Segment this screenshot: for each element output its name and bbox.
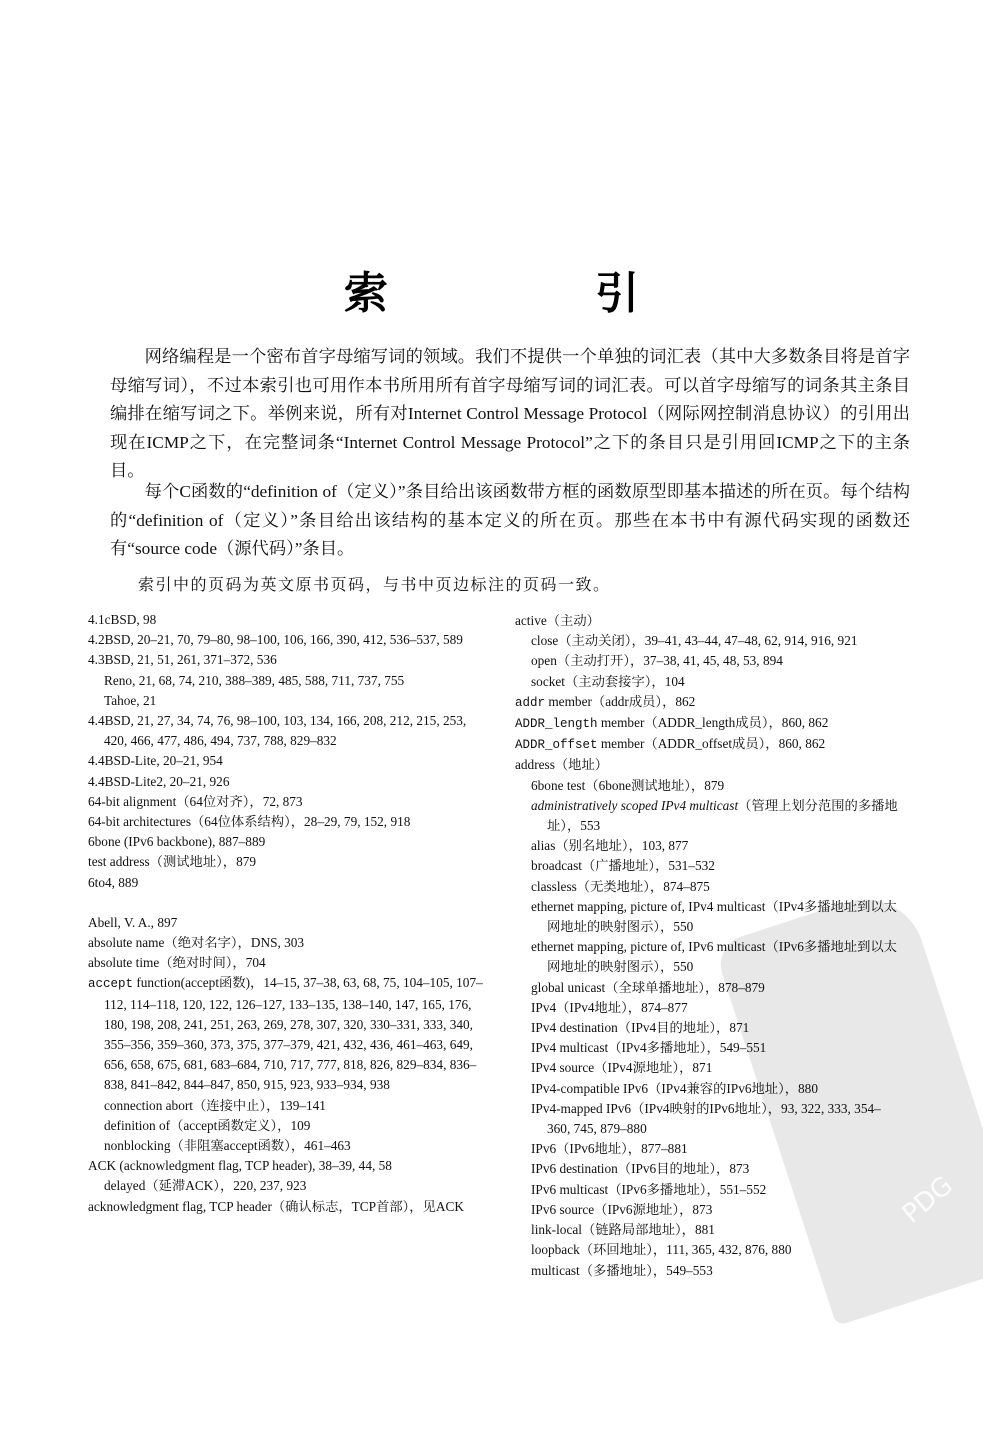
index-subentry: IPv4 source（IPv4源地址），871 xyxy=(515,1058,900,1078)
index-subentry: close（主动关闭），39–41, 43–44, 47–48, 62, 914… xyxy=(515,631,900,651)
entry-text: 64-bit architectures（64位体系结构），28–29, 79,… xyxy=(88,814,410,829)
index-subentry: open（主动打开），37–38, 41, 45, 48, 53, 894 xyxy=(515,651,900,671)
index-entry: test address（测试地址），879 xyxy=(88,852,483,872)
entry-text: acknowledgment flag, TCP header（确认标志，TCP… xyxy=(88,1199,464,1214)
index-subentry: link-local（链路局部地址），881 xyxy=(515,1220,900,1240)
entry-text: 4.4BSD, 21, 27, 34, 74, 76, 98–100, 103,… xyxy=(88,713,466,748)
entry-text: socket（主动套接字），104 xyxy=(531,674,685,689)
entry-text: loopback（环回地址），111, 365, 432, 876, 880 xyxy=(531,1242,792,1257)
index-subentry: connection abort（连接中止），139–141 xyxy=(88,1096,483,1116)
entry-text: 64-bit alignment（64位对齐），72, 873 xyxy=(88,794,303,809)
index-subentry: 6bone test（6bone测试地址），879 xyxy=(515,776,900,796)
code-term: ADDR_length xyxy=(515,717,598,731)
entry-text: delayed（延滞ACK），220, 237, 923 xyxy=(104,1178,306,1193)
index-entry: ADDR_length member（ADDR_length成员），860, 8… xyxy=(515,713,900,734)
entry-text: test address（测试地址），879 xyxy=(88,854,256,869)
entry-text: member（ADDR_length成员），860, 862 xyxy=(598,715,829,730)
entry-text: broadcast（广播地址），531–532 xyxy=(531,858,715,873)
page-number-note: 索引中的页码为英文原书页码，与书中页边标注的页码一致。 xyxy=(138,572,611,595)
entry-text: 6bone (IPv6 backbone), 887–889 xyxy=(88,834,265,849)
entry-text: Reno, 21, 68, 74, 210, 388–389, 485, 588… xyxy=(104,673,404,688)
index-entry: 4.4BSD-Lite2, 20–21, 926 xyxy=(88,772,483,792)
entry-text: IPv4-compatible IPv6（IPv4兼容的IPv6地址），880 xyxy=(531,1081,818,1096)
index-subentry: IPv4 multicast（IPv4多播地址），549–551 xyxy=(515,1038,900,1058)
entry-text: 4.3BSD, 21, 51, 261, 371–372, 536 xyxy=(88,652,277,667)
entry-text: ACK (acknowledgment flag, TCP header), 3… xyxy=(88,1158,392,1173)
index-subentry: socket（主动套接字），104 xyxy=(515,672,900,692)
index-subentry: delayed（延滞ACK），220, 237, 923 xyxy=(88,1176,483,1196)
index-subentry: global unicast（全球单播地址），878–879 xyxy=(515,978,900,998)
index-subentry: administratively scoped IPv4 multicast（管… xyxy=(515,796,900,836)
code-term: ADDR_offset xyxy=(515,738,598,752)
entry-text: classless（无类地址），874–875 xyxy=(531,879,710,894)
entry-text: 6bone test（6bone测试地址），879 xyxy=(531,778,724,793)
entry-text: open（主动打开），37–38, 41, 45, 48, 53, 894 xyxy=(531,653,783,668)
index-subentry: definition of（accept函数定义），109 xyxy=(88,1116,483,1136)
index-subentry: IPv4-mapped IPv6（IPv4映射的IPv6地址），93, 322,… xyxy=(515,1099,900,1139)
code-term: addr xyxy=(515,696,545,710)
entry-text: 4.4BSD-Lite, 20–21, 954 xyxy=(88,753,223,768)
index-column-left: 4.1cBSD, 984.2BSD, 20–21, 70, 79–80, 98–… xyxy=(88,610,483,1217)
index-subentry: broadcast（广播地址），531–532 xyxy=(515,856,900,876)
entry-text: multicast（多播地址），549–553 xyxy=(531,1263,713,1278)
italic-term: administratively scoped IPv4 multicast xyxy=(531,798,738,813)
index-subentry: ethernet mapping, picture of, IPv4 multi… xyxy=(515,897,900,937)
intro-text-2: 每个C函数的“definition of（定义）”条目给出该函数带方框的函数原型… xyxy=(110,478,910,564)
index-subentry: classless（无类地址），874–875 xyxy=(515,877,900,897)
index-entry: 6bone (IPv6 backbone), 887–889 xyxy=(88,832,483,852)
code-term: accept xyxy=(88,977,133,991)
entry-text: IPv6（IPv6地址），877–881 xyxy=(531,1141,688,1156)
index-entry: ADDR_offset member（ADDR_offset成员），860, 8… xyxy=(515,734,900,755)
index-subentry: loopback（环回地址），111, 365, 432, 876, 880 xyxy=(515,1240,900,1260)
page-title: 索 引 xyxy=(0,257,983,321)
entry-text: Abell, V. A., 897 xyxy=(88,915,177,930)
entry-text: address（地址） xyxy=(515,757,608,772)
index-subentry: ethernet mapping, picture of, IPv6 multi… xyxy=(515,937,900,977)
entry-text: member（addr成员），862 xyxy=(545,694,695,709)
index-entry: 4.3BSD, 21, 51, 261, 371–372, 536 xyxy=(88,650,483,670)
entry-text: definition of（accept函数定义），109 xyxy=(104,1118,310,1133)
index-entry: 4.4BSD, 21, 27, 34, 74, 76, 98–100, 103,… xyxy=(88,711,483,751)
index-entry: absolute name（绝对名字），DNS, 303 xyxy=(88,933,483,953)
entry-text: alias（别名地址），103, 877 xyxy=(531,838,688,853)
index-entry: address（地址） xyxy=(515,755,900,775)
index-entry: 4.4BSD-Lite, 20–21, 954 xyxy=(88,751,483,771)
entry-text: member（ADDR_offset成员），860, 862 xyxy=(598,736,826,751)
index-entry: addr member（addr成员），862 xyxy=(515,692,900,713)
entry-text: IPv6 source（IPv6源地址），873 xyxy=(531,1202,712,1217)
entry-text: link-local（链路局部地址），881 xyxy=(531,1222,715,1237)
entry-text: IPv6 destination（IPv6目的地址），873 xyxy=(531,1161,749,1176)
entry-text: IPv4 multicast（IPv4多播地址），549–551 xyxy=(531,1040,766,1055)
index-subentry: IPv6（IPv6地址），877–881 xyxy=(515,1139,900,1159)
entry-text: ethernet mapping, picture of, IPv4 multi… xyxy=(531,899,897,934)
entry-text: function(accept函数)，14–15, 37–38, 63, 68,… xyxy=(104,975,483,1092)
entry-text: 6to4, 889 xyxy=(88,875,138,890)
index-entry: absolute time（绝对时间），704 xyxy=(88,953,483,973)
intro-text-1: 网络编程是一个密布首字母缩写词的领域。我们不提供一个单独的词汇表（其中大多数条目… xyxy=(110,343,910,486)
index-entry: Abell, V. A., 897 xyxy=(88,913,483,933)
index-subentry: Reno, 21, 68, 74, 210, 388–389, 485, 588… xyxy=(88,671,483,691)
index-entry: active（主动） xyxy=(515,611,900,631)
entry-text: 4.2BSD, 20–21, 70, 79–80, 98–100, 106, 1… xyxy=(88,632,463,647)
index-entry: 4.2BSD, 20–21, 70, 79–80, 98–100, 106, 1… xyxy=(88,630,483,650)
entry-text: 4.4BSD-Lite2, 20–21, 926 xyxy=(88,774,229,789)
entry-text: IPv4 source（IPv4源地址），871 xyxy=(531,1060,712,1075)
entry-text: absolute name（绝对名字），DNS, 303 xyxy=(88,935,304,950)
entry-text: absolute time（绝对时间），704 xyxy=(88,955,266,970)
index-subentry: IPv4 destination（IPv4目的地址），871 xyxy=(515,1018,900,1038)
entry-text: 4.1cBSD, 98 xyxy=(88,612,156,627)
index-subentry: IPv4（IPv4地址），874–877 xyxy=(515,998,900,1018)
entry-text: ethernet mapping, picture of, IPv6 multi… xyxy=(531,939,897,974)
entry-text: active（主动） xyxy=(515,613,600,628)
index-column-right: active（主动）close（主动关闭），39–41, 43–44, 47–4… xyxy=(515,611,900,1281)
entry-text: IPv4-mapped IPv6（IPv4映射的IPv6地址），93, 322,… xyxy=(531,1101,881,1136)
intro-paragraph-2: 每个C函数的“definition of（定义）”条目给出该函数带方框的函数原型… xyxy=(110,478,910,564)
entry-text: global unicast（全球单播地址），878–879 xyxy=(531,980,765,995)
index-subentry: IPv6 multicast（IPv6多播地址），551–552 xyxy=(515,1180,900,1200)
entry-text: connection abort（连接中止），139–141 xyxy=(104,1098,326,1113)
entry-text: close（主动关闭），39–41, 43–44, 47–48, 62, 914… xyxy=(531,633,858,648)
index-subentry: Tahoe, 21 xyxy=(88,691,483,711)
entry-text: Tahoe, 21 xyxy=(104,693,156,708)
index-entry: 64-bit architectures（64位体系结构），28–29, 79,… xyxy=(88,812,483,832)
index-subentry: IPv6 source（IPv6源地址），873 xyxy=(515,1200,900,1220)
index-subentry: alias（别名地址），103, 877 xyxy=(515,836,900,856)
entry-text: IPv4 destination（IPv4目的地址），871 xyxy=(531,1020,749,1035)
index-entry: ACK (acknowledgment flag, TCP header), 3… xyxy=(88,1156,483,1176)
intro-paragraph-1: 网络编程是一个密布首字母缩写词的领域。我们不提供一个单独的词汇表（其中大多数条目… xyxy=(110,343,910,486)
index-subentry: nonblocking（非阻塞accept函数），461–463 xyxy=(88,1136,483,1156)
entry-text: IPv6 multicast（IPv6多播地址），551–552 xyxy=(531,1182,766,1197)
entry-text: IPv4（IPv4地址），874–877 xyxy=(531,1000,688,1015)
index-subentry: IPv6 destination（IPv6目的地址），873 xyxy=(515,1159,900,1179)
index-entry: 64-bit alignment（64位对齐），72, 873 xyxy=(88,792,483,812)
entry-text: nonblocking（非阻塞accept函数），461–463 xyxy=(104,1138,351,1153)
index-subentry: IPv4-compatible IPv6（IPv4兼容的IPv6地址），880 xyxy=(515,1079,900,1099)
index-entry: accept function(accept函数)，14–15, 37–38, … xyxy=(88,973,483,1095)
index-entry: 6to4, 889 xyxy=(88,873,483,893)
index-subentry: multicast（多播地址），549–553 xyxy=(515,1261,900,1281)
index-entry: 4.1cBSD, 98 xyxy=(88,610,483,630)
index-entry: acknowledgment flag, TCP header（确认标志，TCP… xyxy=(88,1197,483,1217)
